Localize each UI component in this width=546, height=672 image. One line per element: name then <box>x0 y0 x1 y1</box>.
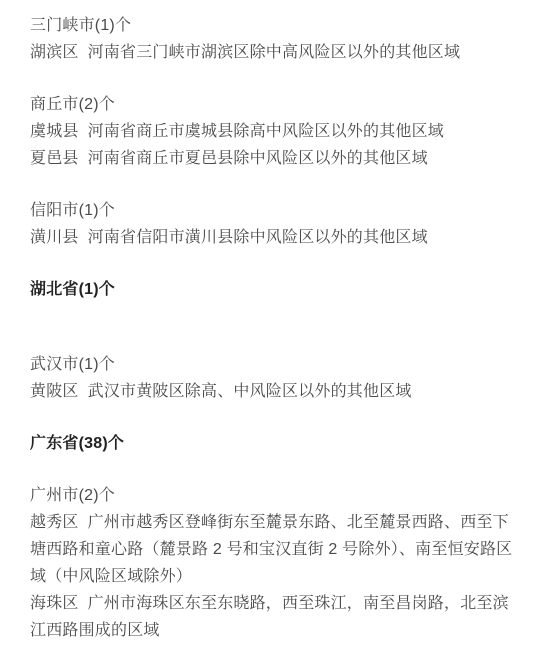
district-name: 黄陂区 <box>30 383 79 400</box>
district-entry: 黄陂区武汉市黄陂区除高、中风险区以外的其他区域 <box>30 378 524 405</box>
province-section-guangdong: 广东省(38)个 <box>30 430 524 457</box>
district-entry: 潢川县河南省信阳市潢川县除中风险区以外的其他区域 <box>30 224 524 251</box>
district-name: 虞城县 <box>30 123 79 140</box>
district-name: 夏邑县 <box>30 150 79 167</box>
district-description: 广州市海珠区东至东晓路，西至珠江，南至昌岗路，北至滨江西路围成的区域 <box>30 595 509 639</box>
district-name: 潢川县 <box>30 229 79 246</box>
district-description: 河南省商丘市夏邑县除中风险区以外的其他区域 <box>88 150 428 167</box>
district-description: 河南省信阳市潢川县除中风险区以外的其他区域 <box>88 229 428 246</box>
district-description: 河南省三门峡市湖滨区除中高风险区以外的其他区域 <box>88 44 461 61</box>
province-title: 湖北省(1)个 <box>30 276 524 303</box>
district-name: 越秀区 <box>30 514 79 531</box>
district-entry: 夏邑县河南省商丘市夏邑县除中风险区以外的其他区域 <box>30 145 524 172</box>
district-name: 湖滨区 <box>30 44 79 61</box>
city-title: 信阳市(1)个 <box>30 197 524 224</box>
city-title: 三门峡市(1)个 <box>30 12 524 39</box>
district-description: 广州市越秀区登峰街东至麓景东路、北至麓景西路、西至下塘西路和童心路（麓景路 2 … <box>30 514 512 585</box>
district-entry: 越秀区广州市越秀区登峰街东至麓景东路、北至麓景西路、西至下塘西路和童心路（麓景路… <box>30 509 524 590</box>
city-section-shangqiu: 商丘市(2)个 虞城县河南省商丘市虞城县除高中风险区以外的其他区域 夏邑县河南省… <box>30 91 524 172</box>
province-section-hubei: 湖北省(1)个 <box>30 276 524 303</box>
district-entry: 虞城县河南省商丘市虞城县除高中风险区以外的其他区域 <box>30 118 524 145</box>
city-title: 商丘市(2)个 <box>30 91 524 118</box>
city-section-sanmenxia: 三门峡市(1)个 湖滨区河南省三门峡市湖滨区除中高风险区以外的其他区域 <box>30 12 524 66</box>
district-description: 武汉市黄陂区除高、中风险区以外的其他区域 <box>88 383 412 400</box>
city-section-xinyang: 信阳市(1)个 潢川县河南省信阳市潢川县除中风险区以外的其他区域 <box>30 197 524 251</box>
district-entry: 湖滨区河南省三门峡市湖滨区除中高风险区以外的其他区域 <box>30 39 524 66</box>
district-description: 河南省商丘市虞城县除高中风险区以外的其他区域 <box>88 123 444 140</box>
city-title: 广州市(2)个 <box>30 482 524 509</box>
province-title: 广东省(38)个 <box>30 430 524 457</box>
city-title: 武汉市(1)个 <box>30 351 524 378</box>
district-entry: 海珠区广州市海珠区东至东晓路，西至珠江，南至昌岗路，北至滨江西路围成的区域 <box>30 590 524 644</box>
risk-region-document: 三门峡市(1)个 湖滨区河南省三门峡市湖滨区除中高风险区以外的其他区域 商丘市(… <box>0 0 546 672</box>
city-section-wuhan: 武汉市(1)个 黄陂区武汉市黄陂区除高、中风险区以外的其他区域 <box>30 351 524 405</box>
district-name: 海珠区 <box>30 595 79 612</box>
city-section-guangzhou: 广州市(2)个 越秀区广州市越秀区登峰街东至麓景东路、北至麓景西路、西至下塘西路… <box>30 482 524 644</box>
